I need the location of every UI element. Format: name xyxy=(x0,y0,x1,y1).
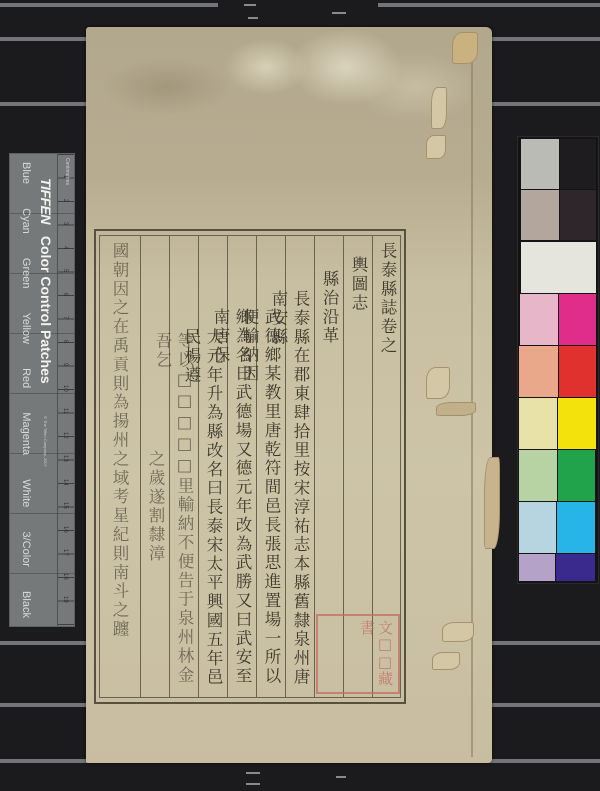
book-cover-page: 長泰縣誌卷之 輿圖志 縣治沿革 長泰縣在郡東肆拾里按宋淳祐志本縣舊隸泉州唐南安縣… xyxy=(86,27,492,763)
patch-cyan xyxy=(557,502,595,553)
text-column: 鄉為名曰武德場又德元年改為武勝又曰武安至南唐保 xyxy=(227,236,257,697)
body-text-line: 武德鄉某教里唐乾符間邑長張思進置場一所以便輸納因 xyxy=(260,308,282,697)
torn-paper-flap xyxy=(432,652,460,670)
patch-name: Green xyxy=(14,258,32,289)
text-column: 大元年升為縣改名曰長泰宋太平興國五年邑民楊遵 xyxy=(198,236,228,697)
torn-paper-flap xyxy=(484,457,500,549)
card-title-text: Color Control Patches xyxy=(38,236,54,384)
patch-light-magenta xyxy=(520,294,558,345)
patch-black xyxy=(560,139,596,189)
tiffen-color-ruler-card: 1 2 3 4 5 6 7 8 9 10 11 12 13 14 15 16 1… xyxy=(9,153,75,627)
patch-names: Blue Cyan Green Yellow Red Magenta White… xyxy=(14,154,32,626)
patch-name: Yellow xyxy=(14,313,32,344)
torn-paper-flap xyxy=(426,135,446,159)
centimetres-label: Centimetres xyxy=(64,158,70,185)
patch-light-yellow xyxy=(519,398,557,449)
patch-name: White xyxy=(14,479,32,507)
patch-name: Black xyxy=(14,591,32,618)
patch-yellow xyxy=(558,398,596,449)
patch-name: Magenta xyxy=(14,412,32,455)
scale-tick xyxy=(248,17,258,19)
tiffen-logo: TIFFEN xyxy=(38,178,54,224)
red-collector-seal: 文□□藏書 xyxy=(316,614,400,694)
torn-paper-flap xyxy=(426,367,450,399)
body-text-line: 等以□□□□□里輸納不便告于泉州林金吾乞 xyxy=(173,332,195,697)
patch-light-blue xyxy=(519,554,555,581)
body-text-line: 國朝因之在禹貢則為揚州之域考星紀則南斗之躔 xyxy=(108,242,130,639)
patch-green xyxy=(558,450,595,501)
text-column: 長泰縣在郡東肆拾里按宋淳祐志本縣舊隸泉州唐南安縣 xyxy=(285,236,315,697)
patch-gray-light xyxy=(521,139,559,189)
patch-light-cyan xyxy=(519,502,556,553)
torn-paper-flap xyxy=(452,32,478,64)
patch-light-green xyxy=(519,450,557,501)
patch-magenta xyxy=(559,294,596,345)
color-patch-strip xyxy=(517,136,599,584)
volume-title: 長泰縣誌卷之 xyxy=(376,242,398,355)
patch-name: 3/Color xyxy=(14,531,32,566)
torn-paper-flap xyxy=(431,87,447,129)
text-column: 國朝因之在禹貢則為揚州之域考星紀則南斗之躔 xyxy=(100,236,140,697)
scale-tick xyxy=(244,4,256,6)
text-column: 武德鄉某教里唐乾符間邑長張思進置場一所以便輸納因 xyxy=(256,236,286,697)
patch-white xyxy=(521,242,596,293)
scale-tick xyxy=(246,783,260,785)
patch-red xyxy=(559,346,596,397)
patch-dark-brown xyxy=(560,190,596,240)
spine-edge xyxy=(471,37,473,757)
text-column: 之歲遂割隸漳 xyxy=(140,236,170,697)
body-text-line: 長泰縣在郡東肆拾里按宋淳祐志本縣舊隸泉州唐南安縣 xyxy=(289,290,311,697)
patch-name: Cyan xyxy=(14,208,32,234)
body-text-line: 大元年升為縣改名曰長泰宋太平興國五年邑民楊遵 xyxy=(202,328,224,697)
torn-paper-flap xyxy=(436,402,476,416)
backdrop-stripe xyxy=(0,3,218,7)
body-text-line: 之歲遂割隸漳 xyxy=(144,450,166,563)
patch-name: Blue xyxy=(14,162,32,184)
backdrop-stripe xyxy=(378,3,600,7)
seal-text: 文□□藏書 xyxy=(358,620,394,688)
body-text-line: 鄉為名曰武德場又德元年改為武勝又曰武安至南唐保 xyxy=(231,308,253,697)
scale-tick xyxy=(336,776,346,778)
text-column: 等以□□□□□里輸納不便告于泉州林金吾乞 xyxy=(169,236,199,697)
patch-name: Red xyxy=(14,368,32,388)
section-title: 輿圖志 xyxy=(347,256,369,313)
patch-gray-warm xyxy=(521,190,559,240)
patch-blue xyxy=(556,554,595,581)
scale-tick xyxy=(246,772,260,774)
copyright-text: © The Tiffen Company, 2007 xyxy=(43,416,48,467)
scale-tick xyxy=(332,12,346,14)
subsection-title: 縣治沿革 xyxy=(318,270,340,346)
patch-light-red xyxy=(519,346,558,397)
torn-paper-flap xyxy=(442,622,474,642)
